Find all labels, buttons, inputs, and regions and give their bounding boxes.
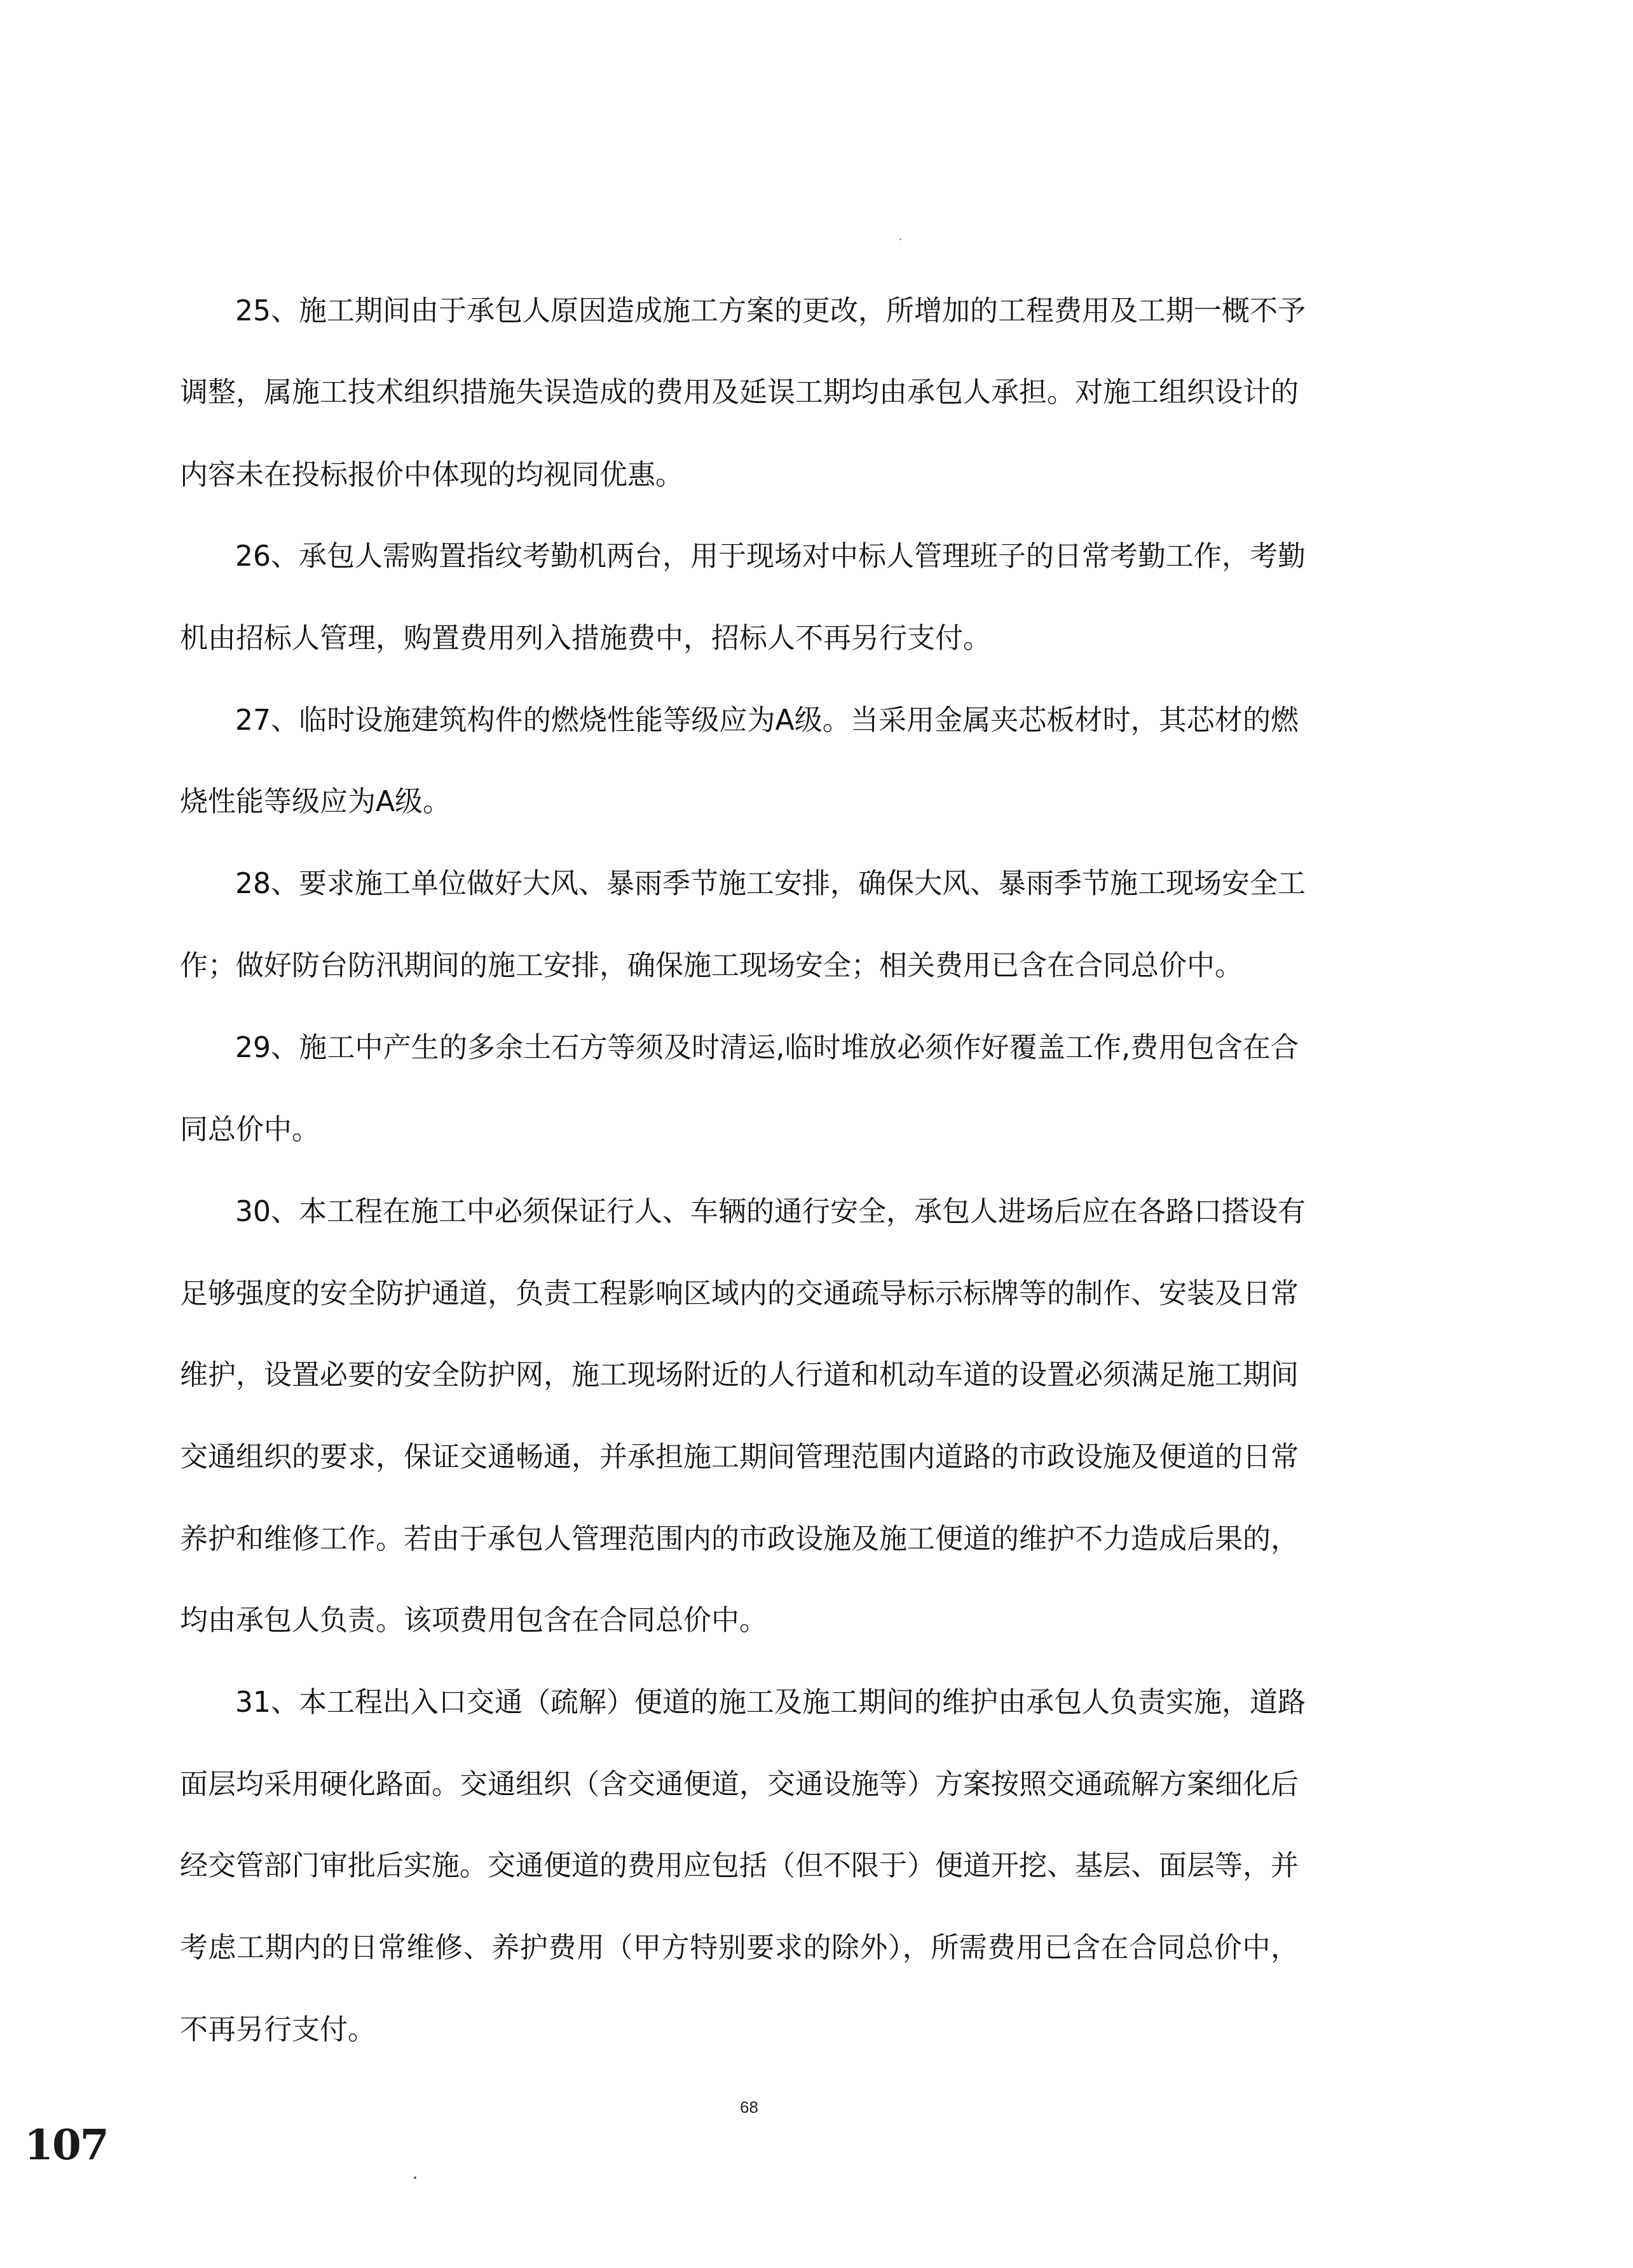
- document-page: 25、施工期间由于承包人原因造成施工方案的更改，所增加的工程费用及工期一概不予 …: [0, 0, 1633, 2268]
- item-27-line-1: 27、临时设施建筑构件的燃烧性能等级应为A级。当采用金属夹芯板材时，其芯材的燃: [235, 702, 1299, 740]
- item-27-line-2: 烧性能等级应为A级。: [180, 783, 1299, 821]
- item-30-line-6: 均由承包人负责。该项费用包含在合同总价中。: [180, 1602, 1299, 1640]
- item-26-line-2: 机由招标人管理，购置费用列入措施费中，招标人不再另行支付。: [180, 620, 1299, 658]
- item-31-line-3: 经交管部门审批后实施。交通便道的费用应包括（但不限于）便道开挖、基层、面层等，并: [180, 1847, 1299, 1885]
- item-25-line-1: 25、施工期间由于承包人原因造成施工方案的更改，所增加的工程费用及工期一概不予: [235, 292, 1299, 331]
- item-30-line-3: 维护，设置必要的安全防护网，施工现场附近的人行道和机动车道的设置必须满足施工期间: [180, 1356, 1299, 1395]
- item-25-line-2: 调整，属施工技术组织措施失误造成的费用及延误工期均由承包人承担。对施工组织设计的: [180, 374, 1299, 412]
- page-number: 68: [740, 2098, 758, 2117]
- item-30-line-4: 交通组织的要求，保证交通畅通，并承担施工期间管理范围内道路的市政设施及便道的日常: [180, 1438, 1299, 1477]
- item-29-line-2: 同总价中。: [180, 1111, 1299, 1149]
- scan-speck: [414, 2176, 416, 2179]
- item-26-line-1: 26、承包人需购置指纹考勤机两台，用于现场对中标人管理班子的日常考勤工作，考勤: [235, 538, 1299, 576]
- stamp-number: 107: [24, 2120, 108, 2169]
- item-29-line-1: 29、施工中产生的多余土石方等须及时清运,临时堆放必须作好覆盖工作,费用包含在合: [235, 1029, 1299, 1067]
- item-31-line-1: 31、本工程出入口交通（疏解）便道的施工及施工期间的维护由承包人负责实施，道路: [235, 1684, 1299, 1722]
- item-30-line-2: 足够强度的安全防护通道，负责工程影响区域内的交通疏导标示标牌等的制作、安装及日常: [180, 1275, 1299, 1313]
- item-31-line-5: 不再另行支付。: [180, 2011, 1299, 2049]
- scan-speck: [899, 238, 901, 240]
- item-25-line-3: 内容未在投标报价中体现的均视同优惠。: [180, 456, 1299, 495]
- item-31-line-4: 考虑工期内的日常维修、养护费用（甲方特别要求的除外），所需费用已含在合同总价中，: [180, 1929, 1299, 1967]
- item-28-line-2: 作；做好防台防汛期间的施工安排，确保施工现场安全；相关费用已含在合同总价中。: [180, 947, 1299, 985]
- item-28-line-1: 28、要求施工单位做好大风、暴雨季节施工安排，确保大风、暴雨季节施工现场安全工: [235, 865, 1299, 903]
- item-30-line-1: 30、本工程在施工中必须保证行人、车辆的通行安全，承包人进场后应在各路口搭设有: [235, 1193, 1299, 1231]
- item-31-line-2: 面层均采用硬化路面。交通组织（含交通便道，交通设施等）方案按照交通疏解方案细化后: [180, 1766, 1299, 1804]
- item-30-line-5: 养护和维修工作。若由于承包人管理范围内的市政设施及施工便道的维护不力造成后果的，: [180, 1520, 1299, 1559]
